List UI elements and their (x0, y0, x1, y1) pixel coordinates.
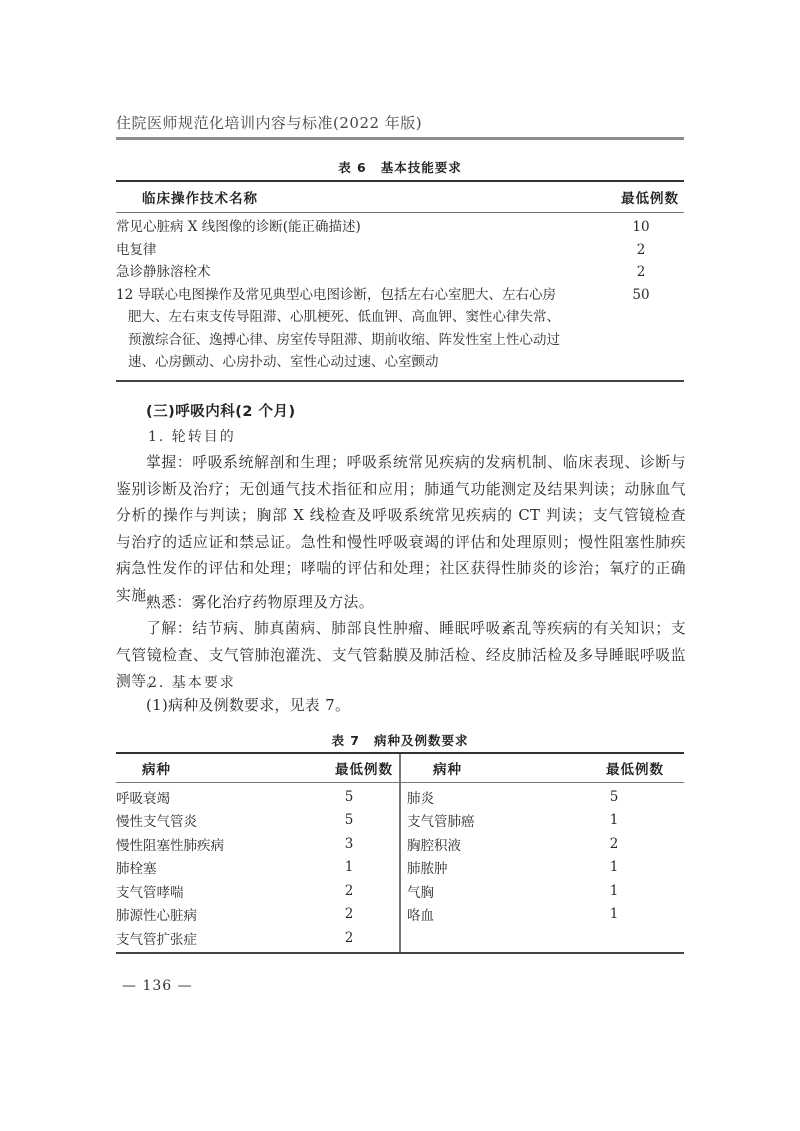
cell-min: 5 (574, 789, 684, 805)
cell-name: 咯血 (401, 904, 574, 924)
table7-left-half: 病种 最低例数 呼吸衰竭5 慢性支气管炎5 慢性阻塞性肺疾病3 肺栓塞1 支气管… (116, 754, 401, 952)
cell-name: 呼吸衰竭 (116, 787, 319, 807)
cell-min: 2 (319, 883, 399, 899)
cell-name: 慢性阻塞性肺疾病 (116, 834, 319, 854)
subsection-title-1: 1. 轮转目的 (148, 426, 236, 446)
table6: 临床操作技术名称 最低例数 常见心脏病 X 线图像的诊断(能正确描述) 10 电… (116, 180, 684, 382)
table6-caption: 表 6基本技能要求 (116, 158, 684, 176)
table7-caption-title: 病种及例数要求 (374, 733, 469, 748)
table-row: 支气管扩张症2 (116, 926, 399, 950)
cell-name: 肺炎 (401, 787, 574, 807)
table-row: 咯血1 (401, 903, 684, 927)
table6-header-min: 最低例数 (589, 187, 684, 207)
table-row: 支气管肺癌1 (401, 809, 684, 833)
cell-name: 肺栓塞 (116, 857, 319, 877)
cell-name: 肺源性心脏病 (116, 904, 319, 924)
cell-min: 1 (574, 906, 684, 922)
cell-name: 气胸 (401, 881, 574, 901)
cell-min: 2 (574, 836, 684, 852)
paragraph-familiar: 熟悉：雾化治疗药物原理及方法。 (116, 590, 686, 617)
table7: 病种 最低例数 呼吸衰竭5 慢性支气管炎5 慢性阻塞性肺疾病3 肺栓塞1 支气管… (116, 752, 684, 954)
table7-left-header: 病种 最低例数 (116, 754, 399, 783)
table-row: 气胸1 (401, 879, 684, 903)
cell-min: 1 (574, 859, 684, 875)
table-row: 慢性支气管炎5 (116, 809, 399, 833)
header-rule (116, 137, 684, 140)
table-row: 支气管哮喘2 (116, 879, 399, 903)
table7-grid: 病种 最低例数 呼吸衰竭5 慢性支气管炎5 慢性阻塞性肺疾病3 肺栓塞1 支气管… (116, 754, 684, 952)
subsection-title-2: 2. 基本要求 (148, 672, 236, 692)
table-row: 肺炎5 (401, 785, 684, 809)
table-row: 常见心脏病 X 线图像的诊断(能正确描述) 10 (116, 216, 684, 239)
table7-bottom-rule (116, 952, 684, 954)
table7-caption: 表 7病种及例数要求 (116, 731, 684, 749)
table-row: 电复律 2 (116, 239, 684, 262)
cell-name: 支气管哮喘 (116, 881, 319, 901)
header-min: 最低例数 (293, 758, 399, 778)
table-row: 12 导联心电图操作及常见典型心电图诊断，包括左右心室肥大、左右心房肥大、左右束… (116, 284, 684, 374)
cell-min: 2 (606, 261, 684, 284)
running-head: 住院医师规范化培训内容与标准(2022 年版) (116, 112, 422, 133)
cell-min: 5 (319, 789, 399, 805)
cell-name: 支气管扩张症 (116, 928, 319, 948)
cell-min: 5 (319, 812, 399, 828)
paragraph-requirement: (1)病种及例数要求，见表 7。 (116, 693, 686, 720)
cell-min: 50 (606, 284, 684, 374)
paragraph-master: 掌握：呼吸系统解剖和生理；呼吸系统常见疾病的发病机制、临床表现、诊断与鉴别诊断及… (116, 450, 686, 609)
cell-name: 肺脓肿 (401, 857, 574, 877)
table7-left-rows: 呼吸衰竭5 慢性支气管炎5 慢性阻塞性肺疾病3 肺栓塞1 支气管哮喘2 肺源性心… (116, 783, 399, 952)
header-disease: 病种 (116, 758, 293, 778)
table6-header-name: 临床操作技术名称 (116, 187, 589, 207)
table-row: 胸腔积液2 (401, 832, 684, 856)
cell-min: 2 (319, 930, 399, 946)
cell-name: 电复律 (116, 239, 606, 262)
table-row: 急诊静脉溶栓术 2 (116, 261, 684, 284)
table7-right-half: 病种 最低例数 肺炎5 支气管肺癌1 胸腔积液2 肺脓肿1 气胸1 咯血1 (401, 754, 684, 952)
cell-name: 急诊静脉溶栓术 (116, 261, 606, 284)
table6-caption-number: 表 6 (338, 160, 367, 175)
cell-min: 1 (574, 812, 684, 828)
table6-bottom-rule (116, 380, 684, 382)
cell-name: 常见心脏病 X 线图像的诊断(能正确描述) (116, 216, 606, 239)
cell-min: 10 (606, 216, 684, 239)
cell-min: 1 (319, 859, 399, 875)
cell-min: 2 (606, 239, 684, 262)
header-disease: 病种 (401, 758, 564, 778)
page-number: — 136 — (122, 978, 193, 994)
cell-min: 2 (319, 906, 399, 922)
cell-name: 胸腔积液 (401, 834, 574, 854)
table7-right-header: 病种 最低例数 (401, 754, 684, 783)
table-row: 呼吸衰竭5 (116, 785, 399, 809)
cell-min: 3 (319, 836, 399, 852)
table6-body: 常见心脏病 X 线图像的诊断(能正确描述) 10 电复律 2 急诊静脉溶栓术 2… (116, 213, 684, 374)
cell-name: 支气管肺癌 (401, 810, 574, 830)
table-row: 慢性阻塞性肺疾病3 (116, 832, 399, 856)
table-row: 肺栓塞1 (116, 856, 399, 880)
table6-header-row: 临床操作技术名称 最低例数 (116, 182, 684, 213)
header-min: 最低例数 (564, 758, 684, 778)
document-page: 住院医师规范化培训内容与标准(2022 年版) 表 6基本技能要求 临床操作技术… (0, 0, 800, 1131)
cell-min: 1 (574, 883, 684, 899)
cell-name: 慢性支气管炎 (116, 810, 319, 830)
table7-right-rows: 肺炎5 支气管肺癌1 胸腔积液2 肺脓肿1 气胸1 咯血1 (401, 783, 684, 928)
table6-caption-title: 基本技能要求 (381, 160, 462, 175)
table-row: 肺脓肿1 (401, 856, 684, 880)
section-title: (三)呼吸内科(2 个月) (146, 400, 296, 421)
table7-caption-number: 表 7 (331, 733, 360, 748)
table-row: 肺源性心脏病2 (116, 903, 399, 927)
cell-name: 12 导联心电图操作及常见典型心电图诊断，包括左右心室肥大、左右心房肥大、左右束… (116, 284, 606, 374)
